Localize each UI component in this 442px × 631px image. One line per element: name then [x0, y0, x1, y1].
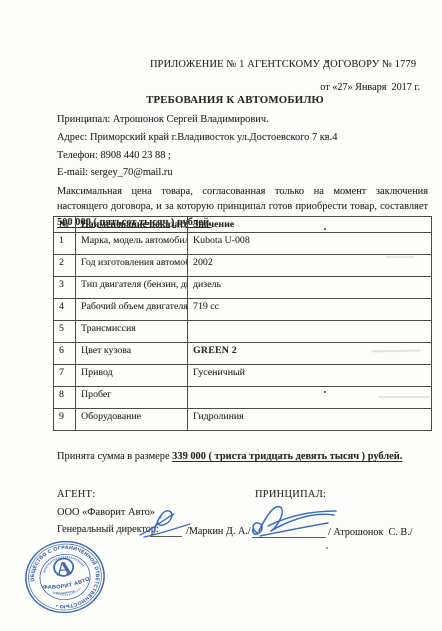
table-row: 1Марка, модель автомобиляKubota U-008: [54, 233, 432, 255]
table-row: 8Пробег: [54, 387, 432, 409]
requirements-table-body: 1Марка, модель автомобиляKubota U-0082Го…: [54, 233, 432, 431]
date-line: от «27» Января 2017 г.: [320, 82, 420, 93]
cell-value: GREEN 2: [188, 343, 432, 365]
cell-value: 719 cc: [188, 299, 432, 321]
cell-num: 1: [54, 233, 76, 255]
cell-num: 8: [54, 387, 76, 409]
cell-name: Цвет кузова: [76, 343, 188, 365]
cell-name: Тип двигателя (бензин, дизель): [76, 277, 188, 299]
accepted-sum-text: Принята сумма в размере: [57, 451, 172, 462]
cell-value: Kubota U-008: [188, 233, 432, 255]
cell-num: 7: [54, 365, 76, 387]
appendix-heading: ПРИЛОЖЕНИЕ № 1 АГЕНТСКОМУ ДОГОВОРУ № 177…: [150, 59, 416, 70]
header-cell-num: №: [54, 217, 76, 233]
cell-num: 2: [54, 255, 76, 277]
accepted-sum-amount: 339 000 ( триста тридцать девять тысяч )…: [172, 451, 402, 462]
scan-artifact-dot: [324, 391, 326, 393]
principal-line: Принципал: Атрошонок Сергей Владимирович…: [57, 114, 269, 125]
page-title: ТРЕБОВАНИЯ К АВТОМОБИЛЮ: [14, 94, 442, 106]
header-cell-value: Значение: [188, 217, 432, 233]
cell-name: Марка, модель автомобиля: [76, 233, 188, 255]
table-row: 6Цвет кузоваGREEN 2: [54, 343, 432, 365]
table-row: 4Рабочий объем двигателя, см3719 cc: [54, 299, 432, 321]
agent-signature-ink: [136, 506, 196, 542]
cell-num: 4: [54, 299, 76, 321]
scan-artifact-dot: [326, 61, 328, 63]
cell-num: 3: [54, 277, 76, 299]
table-row: 3Тип двигателя (бензин, дизель)дизель: [54, 277, 432, 299]
company-stamp: ОБЩЕСТВО С ОГРАНИЧЕННОЙ ОТВЕТСТВЕННОСТЬЮ…: [19, 535, 111, 620]
cell-name: Пробег: [76, 387, 188, 409]
cell-name: Рабочий объем двигателя, см3: [76, 299, 188, 321]
table-row: 5Трансмиссия: [54, 321, 432, 343]
scan-artifact-dot: [326, 547, 328, 549]
accepted-sum-line: Принята сумма в размере 339 000 ( триста…: [57, 451, 402, 462]
scan-smudge: [378, 396, 430, 398]
scanned-document-page: ПРИЛОЖЕНИЕ № 1 АГЕНТСКОМУ ДОГОВОРУ № 177…: [0, 0, 442, 631]
max-price-text: Максимальная цена товара, согласованная …: [57, 186, 428, 212]
agent-label: АГЕНТ:: [57, 489, 95, 500]
cell-value: дизель: [188, 277, 432, 299]
header-cell-name: Наименование показателя: [76, 217, 188, 233]
address-line: Адрес: Приморский край г.Владивосток ул.…: [57, 132, 338, 143]
cell-name: Привод: [76, 365, 188, 387]
requirements-table: № Наименование показателя Значение 1Марк…: [53, 216, 432, 431]
table-header-row: № Наименование показателя Значение: [54, 217, 432, 233]
scan-smudge: [385, 256, 415, 258]
cell-num: 9: [54, 409, 76, 431]
table-row: 7ПриводГусеничный: [54, 365, 432, 387]
table-row: 2Год изготовления автомобиля2002: [54, 255, 432, 277]
scan-artifact-dot: [324, 228, 326, 230]
table-row: 9ОборудованиеГидролиния: [54, 409, 432, 431]
cell-value: Гусеничный: [188, 365, 432, 387]
principal-signature-ink: [246, 498, 341, 544]
cell-name: Трансмиссия: [76, 321, 188, 343]
cell-value: [188, 321, 432, 343]
phone-line: Телефон: 8908 440 23 88 ;: [57, 150, 171, 161]
cell-name: Оборудование: [76, 409, 188, 431]
cell-value: Гидролиния: [188, 409, 432, 431]
cell-name: Год изготовления автомобиля: [76, 255, 188, 277]
cell-num: 5: [54, 321, 76, 343]
cell-num: 6: [54, 343, 76, 365]
email-line: E-mail: sergey_70@mail.ru: [57, 167, 173, 178]
